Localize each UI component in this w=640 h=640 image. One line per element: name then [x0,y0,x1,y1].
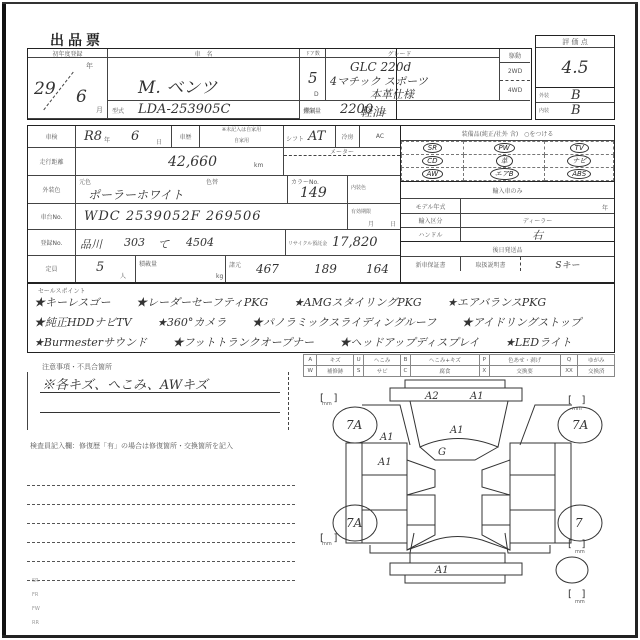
front-bumper-lower [405,380,505,388]
sales-point: ★エアバランスPKG [447,296,546,309]
equip-cd[interactable]: CD [422,156,442,166]
model-year-label: モデル年式 [401,199,461,213]
load-label: 積載量 [139,259,157,268]
plate-kana: て [158,236,169,252]
exterior-grade-label: 外装 [539,92,549,99]
expiry-day: 日 [390,219,396,228]
length-value: 467 [256,262,279,276]
equip-navi[interactable]: ナビ [567,155,591,167]
load-cell: 積載量 kg [136,256,226,282]
exterior-grade: B [571,88,581,103]
vin-value: WDC 2539052F 269506 [84,209,262,224]
drive-label: 駆動 [500,49,530,63]
tire-label: FW [32,602,40,616]
sales-point: ★フットトランクオープナー [173,336,314,349]
legend-desc: へこみ+キズ [411,355,480,366]
handle-value: 右 [461,228,614,241]
equip-leather[interactable]: 革 [496,155,513,167]
mileage-unit: km [254,162,263,169]
inspector-line [27,524,295,543]
meter-label: メーター [284,148,400,156]
sales-point: ★360°カメラ [157,316,226,329]
inspector-lines [27,466,295,581]
sales-point: ★アイドリングストップ [462,316,581,329]
vin-label-cell: 車台No. [28,204,76,230]
capacity-cell: 5 人 [76,256,136,282]
month-unit: 月 [96,105,103,115]
expiry-label: 有効期限 [351,208,371,215]
vin-label: 車台No. [28,204,75,229]
equip-airbag[interactable]: エアB [490,168,519,180]
sales-point: ★レーダーセーフティPKG [136,296,268,309]
notes-line [40,412,280,413]
tire-label: SR [32,574,40,588]
sales-line-1: ★キーレスゴー ★レーダーセーフティPKG ★AMGスタイリングPKG ★エアバ… [34,294,546,310]
recycle-amount: 17,820 [332,235,378,250]
first-reg-label: 初年度登録 [28,49,107,58]
mileage-cell: 42,660 km [76,148,284,176]
inspector-line [27,543,295,562]
model-value: LDA-253905C [138,102,230,117]
height-value: 164 [366,262,389,276]
meter-cell: メーター [284,148,400,176]
color-no: 149 [300,185,327,201]
import-header: 輸入車のみ [401,181,614,199]
grade-block: グレード GLC 220d 4マチック スポーツ 本革仕様 駆動 2WD 4WD… [300,48,532,120]
svg-text:[ ]: [ ] [320,393,337,404]
color-no-cell: カラーNo. 149 [288,176,348,204]
equip-sr[interactable]: SR [423,143,442,153]
spare-key: Sキー [521,257,614,271]
sales-points-block: セールスポイント ★キーレスゴー ★レーダーセーフティPKG ★AMGスタイリン… [27,283,615,353]
inspector-line [27,466,295,486]
plate-label-cell: 登録No. [28,230,76,256]
shift-label: シフト [286,134,304,143]
inspection-month: 6 [131,129,139,144]
spare-tire-circle [556,557,588,583]
tire-rr-value: 7 [575,516,583,530]
ac-label: 冷房 [336,126,359,147]
plate-area: 品川 [80,236,102,252]
damage-mark-hood: A1 [449,425,464,436]
handle-row: ハンドル 右 [401,228,614,242]
notes-text: ※各キズ、へこみ、AWキズ [42,374,208,393]
original-color: ポーラーホワイト [88,186,184,203]
drive-cell: 駆動 2WD 4WD [500,49,530,101]
legend-code: P [479,355,489,366]
shift-value: AT [308,129,325,144]
mileage-value: 42,660 [168,154,217,170]
equip-aw[interactable]: AW [422,169,444,179]
tire-label: FR [32,588,40,602]
fuel-cell: 燃料 軽油 [300,101,400,119]
equipment-grid: SR PW TV CD 革 ナビ AW エアB ABS [401,141,614,181]
tire-fl-value: 7A [346,418,363,432]
car-damage-diagram: A2 A1 A1 A1 G A1 A1 7A 7A 7A 7 mm mm mm … [310,375,640,640]
equipment-block: 装備品(純正/社外 含) ○をつける SR PW TV CD 革 ナビ AW エ… [400,125,615,283]
car-name: M. ベンツ [138,73,217,98]
inspection-year-unit: 年 [104,135,110,144]
docs-row: 新車保証書 取扱説明書 Sキー [401,257,614,271]
import-type-value: ディーラー [461,214,614,227]
tire-fr-unit: mm [572,406,582,412]
front-bumper [390,388,522,401]
tire-label-list: SR FR FW RR [32,574,40,630]
inspector-label: 検査員記入欄：修復歴「有」の場合は修復箇所・交換箇所を記入 [30,441,233,451]
svg-text:[ ]: [ ] [568,589,585,600]
score-value: 4.5 [536,48,614,88]
inspector-line [27,505,295,524]
damage-mark-windshield: G [438,447,446,458]
capacity-unit: 人 [120,271,126,280]
sheet-title: 出品票 [50,30,104,50]
recycle-cell: リサイクル預託金 17,820 [286,230,400,256]
fuel-value: 軽油 [360,103,384,120]
mileage-label: 走行距離 [28,148,75,175]
ac-cell: AC [360,126,400,148]
tire-label: RR [32,616,40,630]
windshield-base [420,447,498,460]
damage-mark-front-bumper-r: A1 [469,391,484,402]
recycle-label: リサイクル預託金 [288,240,327,247]
ac-value: AC [360,126,400,147]
model-year-row: モデル年式 年 [401,199,614,214]
capacity-value: 5 [96,260,104,275]
expiry-cell: 有効期限 月 日 [348,204,400,230]
vin-cell: WDC 2539052F 269506 [76,204,348,230]
usage-cell: ※未記入は自家用 自家用 [200,126,284,148]
plate-class: 303 [124,236,145,249]
scan-border-left [2,2,6,638]
first-reg-month: 6 [76,87,87,107]
tire-fr-value: 7A [572,418,589,432]
load-unit: kg [216,273,223,280]
warranty-label[interactable]: 新車保証書 [401,257,461,271]
width-value: 189 [314,262,337,276]
notes-label: 注意事項・不具合箇所 [42,362,112,372]
equip-pw[interactable]: PW [494,143,515,153]
model-label: 型式 [112,106,124,115]
sales-point: ★パノラミックスライディングルーフ [252,316,436,329]
sales-point: ★LEDライト [505,336,572,349]
inspection-cell: R8 年 6 日 [76,126,172,148]
sales-point: ★純正HDDナビTV [34,316,132,329]
damage-legend: Aキズ Uへこみ Bへこみ+キズ P色あせ・剥げ Qゆがみ W補修跡 Sサビ C… [303,354,615,377]
hood-outline [410,401,508,447]
grade-cell: グレード GLC 220d 4マチック スポーツ 本革仕様 [300,49,500,101]
tire-rl-value: 7A [346,516,363,530]
damage-mark-left-front-door: A1 [377,457,392,468]
plate-cell: 品川 303 て 4504 [76,230,286,256]
fuel-label: 燃料 [304,106,316,115]
score-block: 評 価 点 4.5 外装 B 内装 B [535,35,615,120]
sales-line-3: ★Burmesterサウンド ★フットトランクオープナー ★ヘッドアップディスプ… [34,334,572,350]
dims-label: 諸元 [229,260,241,269]
legend-code: A [304,355,317,366]
damage-mark-rear-bumper: A1 [434,565,449,576]
docs-header: 後日発送品 [401,242,614,257]
grade-line-1: GLC 220d [350,60,411,74]
color-cell: 元色 色替 ポーラーホワイト [76,176,288,204]
drive-4wd[interactable]: 4WD [500,81,530,99]
legend-code: B [400,355,410,366]
equipment-header: 装備品(純正/社外 含) ○をつける [401,126,614,141]
capacity-label: 定員 [28,256,75,281]
svg-text:[ ]: [ ] [320,533,337,544]
original-color-label: 元色 [79,177,91,186]
color-label: 外装色 [28,176,75,203]
usage-label: 車歴 [172,126,199,147]
usage-value: 自家用 [200,137,283,144]
import-type-label: 輸入区分 [401,214,461,227]
color-label-cell: 外装色 [28,176,76,204]
damage-mark-front-bumper-l: A2 [424,391,439,402]
car-name-label: 車 名 [108,49,299,58]
capacity-label-cell: 定員 [28,256,76,282]
details-block: 車検 R8 年 6 日 車歴 ※未記入は自家用 自家用 シフト AT 冷房 AC… [27,125,401,283]
inspector-line [27,486,295,505]
notes-line [40,392,280,393]
legend-desc: ゆがみ [578,355,615,366]
color-change-label: 色替 [206,177,218,186]
plate-label: 登録No. [28,230,75,255]
model-year-unit: 年 [461,199,614,213]
equip-abs[interactable]: ABS [567,169,591,179]
inspection-label-cell: 車検 [28,126,76,148]
drive-2wd[interactable]: 2WD [500,63,530,81]
usage-label-cell: 車歴 [172,126,200,148]
sales-line-2: ★純正HDDナビTV ★360°カメラ ★パノラミックスライディングルーフ ★ア… [34,314,581,330]
interior-color-label: 内装色 [351,184,366,191]
equip-tv[interactable]: TV [570,143,589,153]
sales-point: ★AMGスタイリングPKG [294,296,422,309]
interior-grade-row: 内装 B [536,103,614,118]
first-registration-cell: 初年度登録 年 29 6 月 [28,49,108,119]
inspection-year: R8 [84,129,102,144]
year-unit: 年 [86,61,93,71]
sales-point: ★Burmesterサウンド [34,336,147,349]
rear-bumper [390,563,522,575]
score-label: 評 価 点 [536,36,614,48]
scan-border-top [2,2,638,4]
notes-box: ※各キズ、へこみ、AWキズ [27,372,289,430]
sales-point: ★キーレスゴー [34,296,110,309]
svg-text:[ ]: [ ] [568,395,585,406]
legend-desc: キズ [317,355,354,366]
model-cell: 型式 LDA-253905C [108,101,300,119]
exterior-grade-row: 外装 B [536,88,614,103]
shift-cell: シフト AT [284,126,336,148]
damage-mark-left-fender: A1 [379,432,394,443]
expiry-month: 月 [368,219,374,228]
import-type-row: 輸入区分 ディーラー [401,214,614,228]
interior-grade-label: 内装 [539,107,549,114]
ac-label-cell: 冷房 [336,126,360,148]
legend-code: U [353,355,363,366]
svg-text:[ ]: [ ] [568,539,585,550]
interior-grade: B [571,103,581,118]
sales-point: ★ヘッドアップディスプレイ [340,336,480,349]
plate-number: 4504 [186,236,214,249]
grade-line-3: 本革仕様 [370,86,414,102]
usage-note: ※未記入は自家用 [200,126,283,133]
mileage-label-cell: 走行距離 [28,148,76,176]
inspector-line [27,562,295,581]
inspection-day-unit: 日 [156,137,162,146]
interior-color-cell: 内装色 [348,176,400,204]
handle-label: ハンドル [401,228,461,241]
legend-code: Q [560,355,578,366]
legend-desc: へこみ [364,355,401,366]
car-name-cell: 車 名 M. ベンツ [108,49,300,101]
manual-label[interactable]: 取扱説明書 [461,257,521,271]
dims-cell: 諸元 467 189 164 [226,256,400,282]
legend-desc: 色あせ・剥げ [489,355,560,366]
inspection-label: 車検 [28,126,75,147]
grade-label: グレード [300,49,499,58]
